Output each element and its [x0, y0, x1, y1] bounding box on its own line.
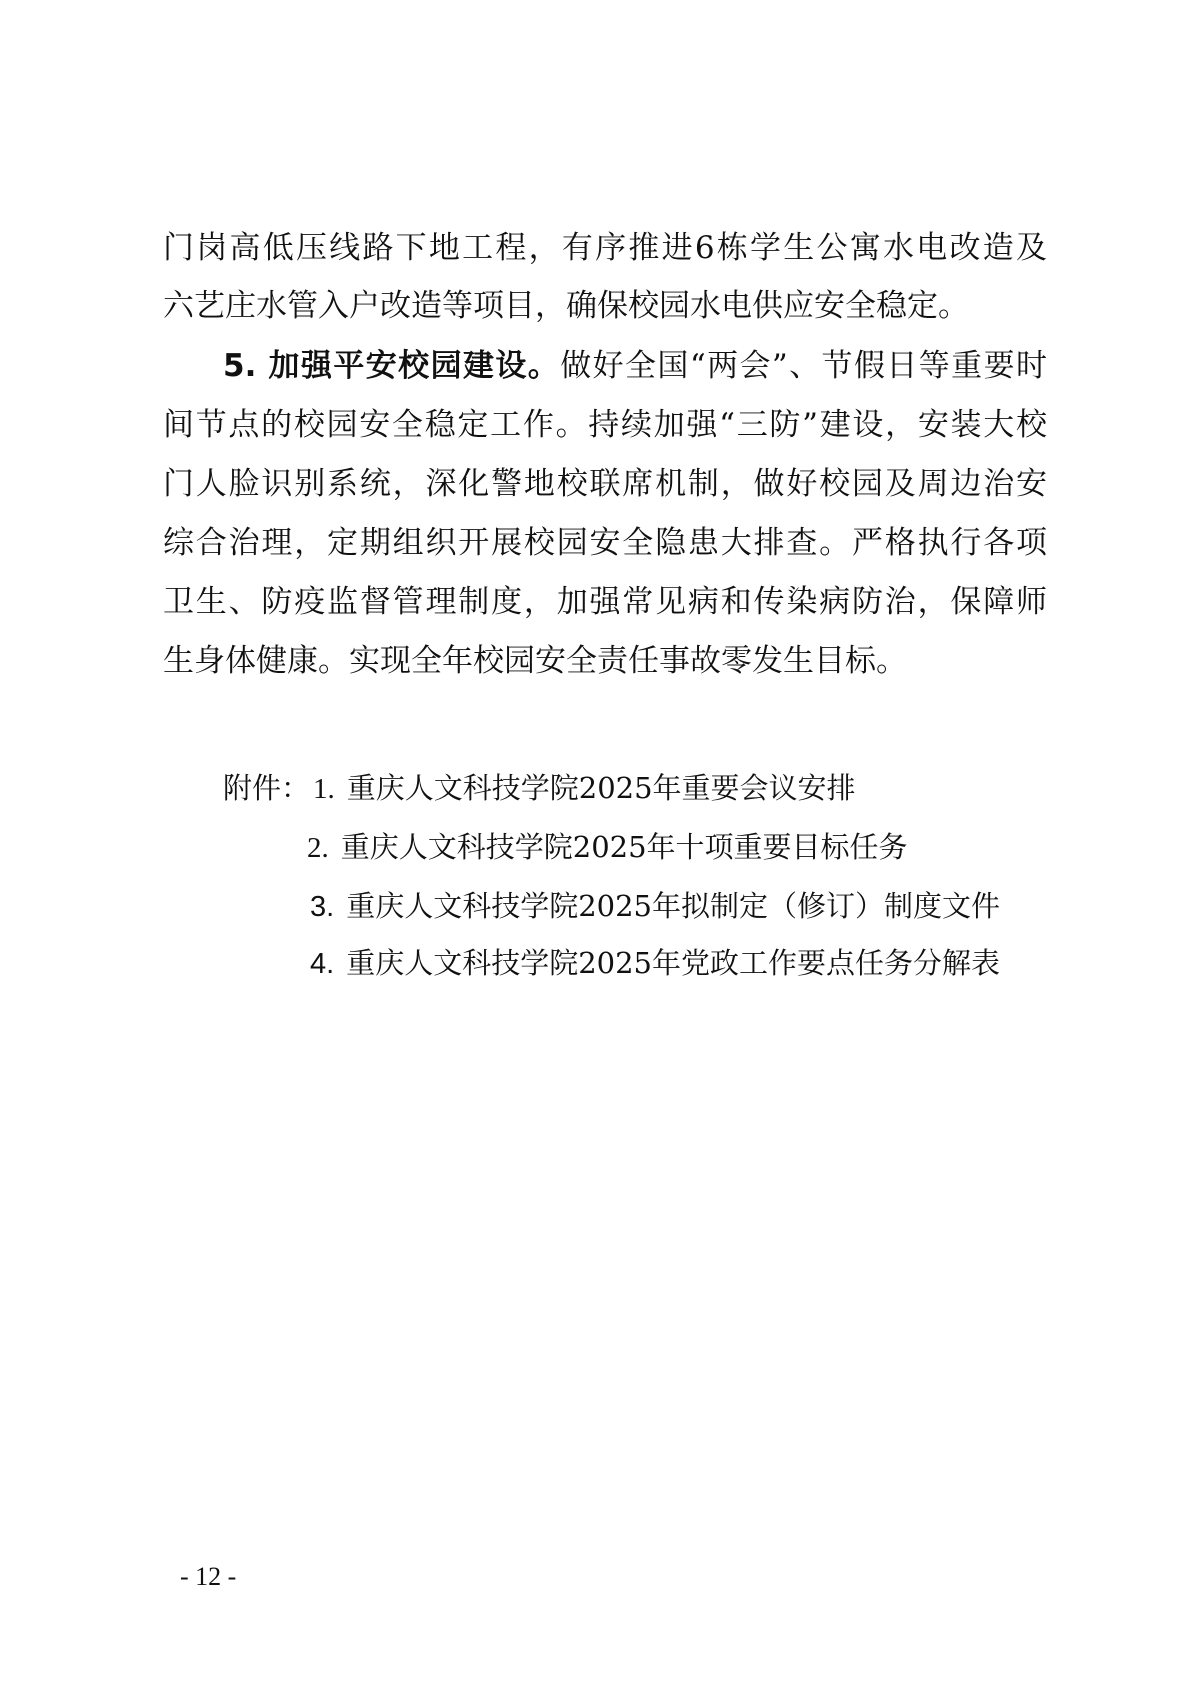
attachment-number: 2. — [307, 828, 329, 868]
paragraph-line: 门人脸识别系统，深化警地校联席机制，做好校园及周边治安 — [163, 464, 1047, 504]
attachment-row: 4.重庆人文科技学院2025年党政工作要点任务分解表 — [0, 943, 1191, 983]
paragraph-line: 间节点的校园安全稳定工作。持续加强“三防”建设，安装大校 — [163, 405, 1047, 445]
paragraph-line: 生身体健康。实现全年校园安全责任事故零发生目标。 — [163, 641, 1047, 681]
section-5-heading: 5. 加强平安校园建设。 — [223, 348, 560, 384]
section-5-first-line: 5. 加强平安校园建设。做好全国“两会”、节假日等重要时 — [223, 346, 1047, 386]
document-page: 门岗高低压线路下地工程，有序推进6栋学生公寓水电改造及 六艺庄水管入户改造等项目… — [0, 0, 1191, 1684]
attachment-item: 4.重庆人文科技学院2025年党政工作要点任务分解表 — [310, 943, 1000, 984]
attachment-number: 3. — [310, 887, 334, 927]
attachment-title: 重庆人文科技学院2025年十项重要目标任务 — [341, 830, 908, 864]
attachment-item: 1.重庆人文科技学院2025年重要会议安排 — [313, 768, 856, 809]
attachment-number: 4. — [310, 944, 334, 984]
attachment-title: 重庆人文科技学院2025年党政工作要点任务分解表 — [346, 946, 1000, 980]
paragraph-line: 六艺庄水管入户改造等项目，确保校园水电供应安全稳定。 — [163, 286, 1047, 326]
attachment-number: 1. — [313, 769, 335, 809]
attachment-row: 附件： 1.重庆人文科技学院2025年重要会议安排 — [0, 768, 1191, 808]
page-number: - 12 - — [180, 1562, 236, 1592]
attachment-title: 重庆人文科技学院2025年拟制定（修订）制度文件 — [346, 889, 1000, 923]
paragraph-line: 综合治理，定期组织开展校园安全隐患大排查。严格执行各项 — [163, 523, 1047, 563]
paragraph-line: 卫生、防疫监督管理制度，加强常见病和传染病防治，保障师 — [163, 582, 1047, 622]
attachments-label: 附件： — [223, 768, 310, 808]
attachment-item: 2.重庆人文科技学院2025年十项重要目标任务 — [307, 827, 908, 868]
attachment-row: 2.重庆人文科技学院2025年十项重要目标任务 — [0, 827, 1191, 867]
attachment-row: 3.重庆人文科技学院2025年拟制定（修订）制度文件 — [0, 886, 1191, 926]
attachment-item: 3.重庆人文科技学院2025年拟制定（修订）制度文件 — [310, 886, 1000, 927]
paragraph-line: 门岗高低压线路下地工程，有序推进6栋学生公寓水电改造及 — [163, 228, 1047, 268]
section-5-text: 做好全国“两会”、节假日等重要时 — [560, 348, 1047, 384]
attachment-title: 重庆人文科技学院2025年重要会议安排 — [347, 771, 856, 805]
